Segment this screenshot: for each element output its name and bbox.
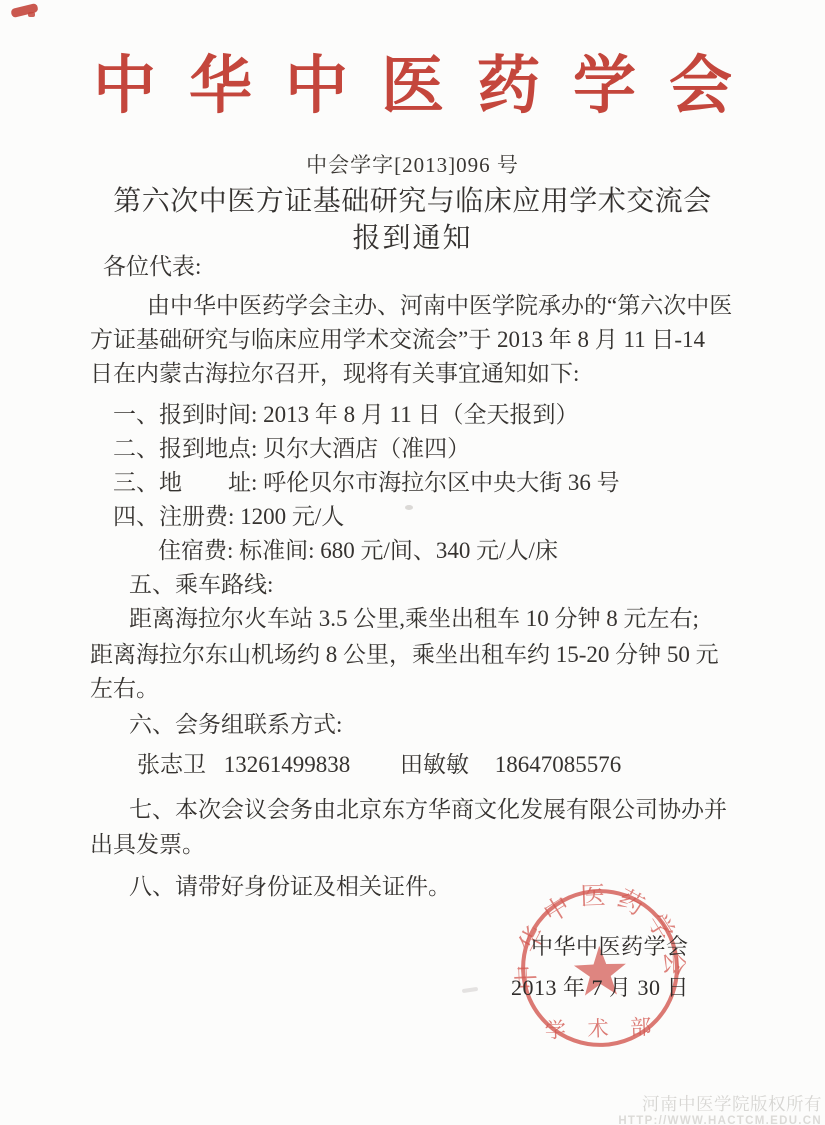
official-seal: 中华中医药学会 学 术 部	[511, 879, 689, 1057]
salutation: 各位代表:	[90, 250, 750, 284]
red-scan-artifact-dot	[28, 12, 35, 17]
body-line: 由中华中医药学会主办、河南中医学院承办的“第六次中医	[90, 289, 750, 323]
letterhead-title: 中华中医药学会	[0, 52, 825, 120]
body-line: 方证基础研究与临床应用学术交流会”于 2013 年 8 月 11 日-14	[90, 323, 750, 357]
watermark-url: HTTP://WWW.HACTCM.EDU.CN	[618, 1115, 822, 1125]
body-line: 距离海拉尔东山机场约 8 公里，乘坐出租车约 15-20 分钟 50 元	[90, 638, 750, 672]
list-item-1: 一、报到时间: 2013 年 8 月 11 日（全天报到）	[90, 398, 750, 432]
document-number: 中会学字[2013]096 号	[0, 149, 825, 179]
gray-speck	[462, 987, 478, 993]
watermark: 河南中医学院版权所有 HTTP://WWW.HACTCM.EDU.CN	[618, 1095, 822, 1125]
contact-name-1: 张志卫	[137, 752, 206, 777]
list-item-2: 二、报到地点: 贝尔大酒店（准四）	[90, 432, 750, 466]
body-line: 日在内蒙古海拉尔召开，现将有关事宜通知如下:	[90, 357, 750, 391]
signature-date: 2013 年 7 月 30 日	[511, 971, 689, 1002]
contact-phone-1: 13261499838	[224, 752, 351, 777]
contact-phone-2: 18647085576	[495, 752, 622, 777]
signature-org: 中华中医药学会	[531, 930, 689, 961]
list-item-5: 五、乘车路线:	[90, 568, 750, 602]
body-line: 左右。	[90, 672, 750, 706]
notice-body: 各位代表: 由中华中医药学会主办、河南中医学院承办的“第六次中医 方证基础研究与…	[90, 250, 750, 904]
list-item-6: 六、会务组联系方式:	[90, 708, 750, 742]
contacts-row: 张志卫 13261499838 田敏敏 18647085576	[90, 748, 750, 782]
list-item-7: 七、本次会议会务由北京东方华商文化发展有限公司协办并	[90, 793, 750, 827]
body-line: 出具发票。	[90, 828, 750, 862]
body-line: 距离海拉尔火车站 3.5 公里,乘坐出租车 10 分钟 8 元左右;	[90, 602, 750, 636]
seal-bottom-text: 学 术 部	[544, 1015, 660, 1043]
notice-title-line1: 第六次中医方证基础研究与临床应用学术交流会	[0, 179, 825, 219]
document-page: 中华中医药学会 中会学字[2013]096 号 第六次中医方证基础研究与临床应用…	[0, 0, 825, 1125]
list-item-4-sub: 住宿费: 标准间: 680 元/间、340 元/人/床	[90, 534, 750, 568]
watermark-text: 河南中医学院版权所有	[618, 1095, 822, 1114]
list-item-4: 四、注册费: 1200 元/人	[90, 500, 750, 534]
list-item-3: 三、地 址: 呼伦贝尔市海拉尔区中央大街 36 号	[90, 466, 750, 500]
contact-name-2: 田敏敏	[400, 752, 469, 777]
